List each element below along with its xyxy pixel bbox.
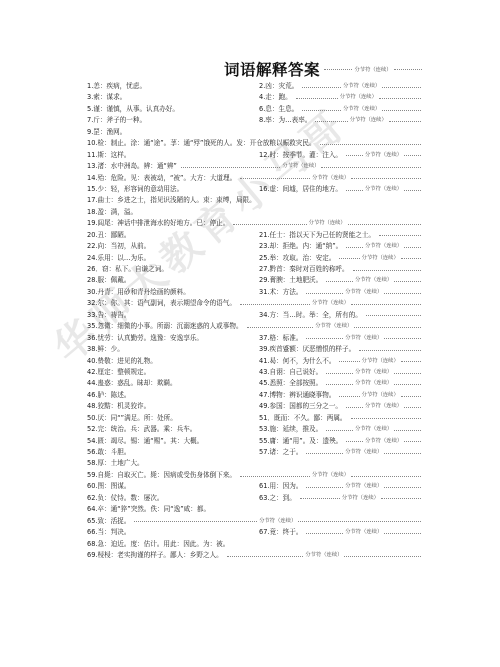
answer-row: 30.丹青：用砂和青丹绘画的颜料。31.术：方法。分节符（连续） [87,287,421,298]
title-row: 词语解释答案 分节符（连续） [82,58,422,80]
section-break-dots-left [346,441,363,442]
answer-text: 31.术：方法。 [259,287,302,298]
section-break: 分节符（连续） [326,425,421,435]
section-break-dots-left [233,224,306,225]
section-break [320,139,421,149]
answer-entry: 67.竟：终于。分节符（连续） [259,527,421,538]
answer-text: 44.蛊惑：惑乱。昧却：欺瞒。 [87,378,177,389]
answer-entry: 54.匮：竭尽。锡：通“赐”。其：大概。 [87,436,259,447]
answer-text: 64.卒：通“猝”突然。佚：同“逸”咸：都。 [87,504,210,515]
answer-row: 15.少：轻，形容词的意动用法。16.虚：间墟，居住的地方。分节符（连续） [87,184,421,195]
answer-row: 3.索：谋求。4.走：跑。分节符（连续） [87,92,421,103]
section-break-label: 分节符（连续） [313,321,354,332]
section-break-dots-right [394,281,421,282]
document-page: 华师大教育小马哥 词语解释答案 分节符（连续） 1.恙：疾病，忧虑。2.凶：灾荒… [0,0,500,667]
answer-text: 29.膏腴：土地肥沃。 [259,275,322,286]
answer-row: 50.厌：同“”满足。所：处所。51．既而：不久。鄙：两属。 [87,413,421,424]
section-break: 分节符（连续） [134,516,421,526]
answer-text: 52.完：统治。兵：武器。乘：兵车。 [87,424,196,435]
answer-text: 51．既而：不久。鄙：两属。 [259,413,347,424]
answer-entry: 22.向：当初，从前。 [87,241,259,252]
answer-row: 42.厘定：整顿规定。43.自诩：自己说好。分节符（连续） [87,367,421,378]
answer-row: 62.负：仗恃。数：屡次。63.之：到。分节符（连续） [87,493,421,504]
answer-row: 35.忽微：细微的小事。所溺：沉溺迷惑的人或事物。分节符（连续） [87,321,421,332]
section-break-label: 分节符（连续） [338,92,379,103]
section-break-dots-left [351,418,421,419]
answer-entry: 56.敢：斗胆。 [87,447,259,458]
section-break-dots-left [302,110,341,111]
section-break-label: 分节符（连续） [363,184,404,195]
section-break-dots-right [351,476,421,477]
answer-entry: 41.曷：何不，为什么不。分节符（连续） [259,356,421,367]
answer-text: 21.任士：指以天下为己任的贤能之士。 [259,230,375,241]
answer-text: 40.贽敬：进见的礼物。 [87,356,157,367]
answer-text: 10.检：制止。涂：通“途”。莩：通“殍”饿死的人。发：开仓放粮以赈救灾民。 [87,138,316,149]
section-break-label: 分节符（连续） [343,333,384,344]
answer-entry: 53.施：延续，推及。分节符（连续） [259,424,421,435]
answer-text: 46.胪：陈述。 [87,390,130,401]
answer-text: 66.当：判决。 [87,527,130,538]
answer-entry: 25.举：攻取。治：安定。分节符（连续） [259,253,421,264]
section-break-label: 分节符（连续） [341,104,382,115]
section-break-dots-left [379,235,421,236]
answer-entry: 55.庸：通“用”。及：遗殃。分节符（连续） [259,436,421,447]
answer-row: 22.向：当初，从前。23.却：拒绝。内：通“纳”。分节符（连续） [87,241,421,252]
section-break-label: 分节符（连续） [360,390,401,401]
section-break-dots-right [404,190,421,191]
section-break-dots-left [315,121,347,122]
answer-text: 13.渚：水中洲岛。辨：通“辨” [87,161,177,172]
answer-entry: 30.丹青：用砂和青丹绘画的颜料。 [87,287,259,298]
section-break: 分节符（连续） [339,253,421,263]
answer-entry: 3.索：谋求。 [87,92,259,103]
answer-entry: 36.忧劳：认真勤劳。逸豫：安逸享乐。 [87,333,259,344]
answer-row: 10.检：制止。涂：通“途”。莩：通“殍”饿死的人。发：开仓放粮以赈救灾民。 [87,138,421,149]
section-break: 分节符（连续） [240,299,421,309]
answer-text: 20.丑：鄙陋。 [87,230,130,241]
answer-row: 66.当：判决。67.竟：终于。分节符（连续） [87,527,421,538]
answer-entry: 48.狡黠：机灵狡诈。 [87,401,259,412]
answer-entry: 45.悉照：全部按照。分节符（连续） [259,378,421,389]
section-break-label: 分节符（连续） [360,356,401,367]
answer-entry: 26．窃：私下。自谦之词。 [87,264,259,275]
answer-entry: 10.检：制止。涂：通“途”。莩：通“殍”饿死的人。发：开仓放粮以赈救灾民。 [87,138,421,149]
answer-row: 17.曲士：乡进之士，指见识浅陋的人。束：束缚，局限。 [87,195,421,206]
answer-entry: 17.曲士：乡进之士，指见识浅陋的人。束：束缚，局限。 [87,195,421,206]
answer-text: 14.殆：危险。见：表被动，“被”。大方：大道理。 [87,173,236,184]
answer-text: 9.罡：渔网。 [87,127,126,138]
answer-row: 11.斯：这样。12.时：按季节。灌：注入。分节符（连续） [87,150,421,161]
answer-text: 39.疾首蹙额：厌恶憎恨的样子。 [259,344,355,355]
answer-row: 56.敢：斗胆。57.诸：之于。分节符（连续） [87,447,421,458]
section-break-dots-left [181,167,281,168]
section-break-dots-left [306,487,343,488]
section-break: 分节符（连续） [339,356,421,366]
answer-text: 60.图：图谋。 [87,481,130,492]
answer-text: 5.谨：谨慎，从事。认真办好。 [87,104,179,115]
section-break-dots-right [404,155,421,156]
page-title: 词语解释答案 [224,58,320,80]
section-break-label: 分节符（连续） [310,470,351,481]
section-break-dots-left [326,384,353,385]
section-break: 分节符（连续） [306,482,421,492]
answer-text: 43.自诩：自己说好。 [259,367,322,378]
section-break-dots-right [394,430,421,431]
answer-row: 54.匮：竭尽。锡：通“赐”。其：大概。55.庸：通“用”。及：遗殃。分节符（连… [87,436,421,447]
answer-text: 27.黔首：秦时对百姓的称呼。 [259,264,349,275]
section-break [379,230,421,240]
section-break: 分节符（连续） [302,105,421,115]
section-break-dots-right [298,521,421,522]
answer-text: 2.凶：灾荒。 [259,81,298,92]
answer-entry: 1.恙：疾病，忧虑。 [87,81,259,92]
answer-text: 6.息：生息。 [259,104,298,115]
section-break-dots-right [401,258,421,259]
section-break-dots-right [348,224,421,225]
answer-entry: 69.梫梫：老实拘谨的样子。鄙人：乡野之人。分节符（连续） [87,550,421,561]
section-break-dots-right [382,110,421,111]
section-break-label: 分节符（连续） [363,150,404,161]
answer-entry: 11.斯：这样。 [87,150,259,161]
answer-entry: 51．既而：不久。鄙：两属。 [259,413,421,424]
section-break: 分节符（连续） [306,528,421,538]
answer-entry: 46.胪：陈述。 [87,390,259,401]
section-break-dots-left [346,190,363,191]
answer-entry: 20.丑：鄙陋。 [87,230,259,241]
section-break: 分节符（连续） [233,219,421,229]
section-break: 分节符（连续） [315,116,421,126]
section-break-dots-left [296,98,338,99]
section-break-dots-left [339,396,359,397]
answer-text: 50.厌：同“”满足。所：处所。 [87,413,177,424]
section-break-label: 分节符（连续） [310,298,351,309]
answer-row: 14.殆：危险。见：表被动，“被”。大方：大道理。分节符（连续） [87,173,421,184]
answer-text: 26．窃：私下。自谦之词。 [87,264,168,275]
answer-entry: 15.少：轻，形容词的意动用法。 [87,184,259,195]
answer-text: 11.斯：这样。 [87,150,130,161]
section-break-label: 分节符（连续） [343,527,384,538]
section-break: 分节符（连续） [346,402,421,412]
answer-text: 55.庸：通“用”。及：遗殃。 [259,436,342,447]
section-break: 分节符（连续） [346,436,421,446]
section-break-dots-right [401,396,421,397]
section-break-label: 分节符（连续） [343,481,384,492]
answer-text: 59.自毙：自取灭亡。毙：因病或受伤身体倒下来。 [87,470,236,481]
section-break-label: 分节符（连续） [303,550,344,561]
answer-text: 58.厚：土地广大。 [87,458,144,469]
answer-row: 19.闾尾：神话中排泄海水的好地方。已：停止。分节符（连续） [87,218,421,229]
answer-entry: 52.完：统治。兵：武器。乘：兵车。 [87,424,259,435]
section-break-label: 分节符（连续） [343,287,384,298]
section-break-dots-left [306,338,343,339]
answer-row: 60.图：图谋。61.用：因为。分节符（连续） [87,481,421,492]
answer-text: 38.鲜：少。 [87,344,124,355]
answer-text: 63.之：到。 [259,493,296,504]
answer-entry: 68.急：迫近。度：估计。用此：因此。为：被。 [87,539,421,550]
section-break-label: 分节符（连续） [360,253,401,264]
section-break-dots-right [384,338,421,339]
answer-text: 24.乐用：以…为乐。 [87,253,150,264]
answer-entry: 27.黔首：秦时对百姓的称呼。 [259,264,421,275]
answer-text: 49.参国：国都的三分之一。 [259,401,342,412]
answer-row: 36.忧劳：认真勤劳。逸豫：安逸享乐。37.格：标准。分节符（连续） [87,333,421,344]
section-break: 分节符（连续） [181,162,421,172]
section-break [359,345,421,355]
answer-row: 58.厚：土地广大。 [87,458,421,469]
section-break-dots-left [353,270,421,271]
answer-text: 22.向：当初，从前。 [87,241,150,252]
section-break: 分节符（连续） [326,368,421,378]
section-break-dots-left [227,556,304,557]
answer-entry: 19.闾尾：神话中排泄海水的好地方。已：停止。分节符（连续） [87,218,421,229]
answer-text: 37.格：标准。 [259,333,302,344]
answer-row: 69.梫梫：老实拘谨的样子。鄙人：乡野之人。分节符（连续） [87,550,421,561]
answer-row: 59.自毙：自取灭亡。毙：因病或受伤身体倒下来。分节符（连续） [87,470,421,481]
answer-text: 12.时：按季节。灌：注入。 [259,150,342,161]
section-break-dots-left [300,498,340,499]
section-break [353,265,421,275]
answer-text: 7.斤：斧子的一种。 [87,115,146,126]
answer-text: 18.盈：满，溢。 [87,207,137,218]
section-break-label: 分节符（连续） [310,173,351,184]
section-break-dots-left [320,144,421,145]
section-break: 分节符（连续） [300,493,421,503]
answer-entry: 5.谨：谨慎，从事。认真办好。 [87,104,259,115]
section-break-dots-left [326,373,353,374]
section-break-dots-left [359,350,421,351]
answer-entry: 47.博物：辨识通晓事物。分节符（连续） [259,390,421,401]
section-break-dots-right [401,361,421,362]
section-break-dots-left [240,304,310,305]
section-break: 分节符（连续） [306,333,421,343]
section-break-dots-left [240,476,310,477]
section-break-dots-right [351,304,421,305]
section-break-dots-left [346,155,363,156]
answer-row: 28.服：佩戴。29.膏腴：土地肥沃。分节符（连续） [87,275,421,286]
answer-entry: 38.鲜：少。 [87,344,259,355]
section-break-label: 分节符（连续） [341,81,382,92]
answer-text: 48.狡黠：机灵狡诈。 [87,401,150,412]
section-break-dots-right [389,121,421,122]
section-break: 分节符（连续） [346,242,421,252]
section-break-dots-right [351,178,421,179]
answer-entry: 44.蛊惑：惑乱。昧却：欺瞒。 [87,378,259,389]
section-break-dots-left [366,315,421,316]
answer-entry: 34.方：当…时。举：全，所有的。 [259,310,421,321]
answer-entry: 31.术：方法。分节符（连续） [259,287,421,298]
answer-entry: 57.诸：之于。分节符（连续） [259,447,421,458]
section-break: 分节符（连续） [296,93,421,103]
answer-row: 46.胪：陈述。47.博物：辨识通晓事物。分节符（连续） [87,390,421,401]
section-break: 分节符（连续） [346,150,421,160]
section-break-dots-right [354,327,421,328]
answer-text: 25.举：攻取。治：安定。 [259,253,335,264]
answer-text: 30.丹青：用砂和青丹绘画的颜料。 [87,287,190,298]
answer-text: 8.率：为…表率。 [259,115,311,126]
answer-text: 42.厘定：整顿规定。 [87,367,150,378]
answer-entry: 50.厌：同“”满足。所：处所。 [87,413,259,424]
answer-row: 18.盈：满，溢。 [87,207,421,218]
answer-text: 62.负：仗恃。数：屡次。 [87,493,163,504]
answer-text: 53.施：延续，推及。 [259,424,322,435]
answer-row: 48.狡黠：机灵狡诈。49.参国：国都的三分之一。分节符（连续） [87,401,421,412]
answer-row: 9.罡：渔网。 [87,127,421,138]
answer-entry: 37.格：标准。分节符（连续） [259,333,421,344]
section-break-dots-right [404,247,421,248]
section-break-dots-left [326,430,353,431]
answer-text: 17.曲士：乡进之士，指见识浅陋的人。束：束缚，局限。 [87,195,256,206]
answer-entry: 24.乐用：以…为乐。 [87,253,259,264]
section-break: 分节符（连续） [302,82,421,92]
section-break: 分节符（连续） [346,185,421,195]
section-break-dots-left [346,247,363,248]
answer-text: 68.急：迫近。度：估计。用此：因此。为：被。 [87,539,229,550]
answer-text: 47.博物：辨识通晓事物。 [259,390,335,401]
answer-entry: 40.贽敬：进见的礼物。 [87,356,259,367]
section-break: 分节符（连续） [247,322,421,332]
section-break-label: 分节符（连续） [343,447,384,458]
answer-entry: 33.告：祷告。 [87,310,259,321]
section-break [351,413,421,423]
answer-entry: 58.厚：土地广大。 [87,458,421,469]
answer-text: 54.匮：竭尽。锡：通“赐”。其：大概。 [87,436,203,447]
answer-text: 23.却：拒绝。内：通“纳”。 [259,241,342,252]
section-break-dots-right [382,87,421,88]
answer-entry: 2.凶：灾荒。分节符（连续） [259,81,421,92]
section-break-dots-left [326,281,353,282]
section-break: 分节符（连续） [326,276,421,286]
answer-entry: 35.忽微：细微的小事。所溺：沉溺迷惑的人或事物。分节符（连续） [87,321,421,332]
section-break-label: 分节符（连续） [353,424,394,435]
section-break-label: 分节符（连续） [348,115,389,126]
section-break-dots-right [381,498,421,499]
answer-entry: 61.用：因为。分节符（连续） [259,481,421,492]
section-break-dots-right [344,556,421,557]
answer-text: 65.致：活捉。 [87,516,130,527]
section-break-dots-left [306,533,343,534]
section-break-dots-right [379,98,421,99]
answer-row: 33.告：祷告。34.方：当…时。举：全，所有的。 [87,310,421,321]
section-break-dots-left [306,453,343,454]
answer-row: 44.蛊惑：惑乱。昧却：欺瞒。45.悉照：全部按照。分节符（连续） [87,378,421,389]
answer-entry: 16.虚：间墟，居住的地方。分节符（连续） [259,184,421,195]
section-break-label: 分节符（连续） [363,436,404,447]
answer-entry: 12.时：按季节。灌：注入。分节符（连续） [259,150,421,161]
answer-entry: 29.膏腴：土地肥沃。分节符（连续） [259,275,421,286]
section-break-dots-right [321,167,421,168]
answer-entry: 42.厘定：整顿规定。 [87,367,259,378]
answer-row: 65.致：活捉。分节符（连续） [87,516,421,527]
section-break-label: 分节符（连续） [257,516,298,527]
answer-row: 1.恙：疾病，忧虑。2.凶：灾荒。分节符（连续） [87,81,421,92]
answer-entry: 49.参国：国都的三分之一。分节符（连续） [259,401,421,412]
answer-entry: 39.疾首蹙额：厌恶憎恨的样子。 [259,344,421,355]
section-break: 分节符（连续） [339,391,421,401]
answer-entry: 6.息：生息。分节符（连续） [259,104,421,115]
answer-entry: 43.自诩：自己说好。分节符（连续） [259,367,421,378]
answer-text: 56.敢：斗胆。 [87,447,130,458]
section-break-dots-right [394,373,421,374]
answer-entry: 62.负：仗恃。数：屡次。 [87,493,259,504]
answer-entry: 28.服：佩戴。 [87,275,259,286]
section-break-dots-left [324,69,352,70]
answer-row: 7.斤：斧子的一种。8.率：为…表率。分节符（连续） [87,115,421,126]
answer-entry: 4.走：跑。分节符（连续） [259,92,421,103]
section-break-dots-left [302,87,341,88]
answer-entry: 32.尔：你。其：语气副词，表示期望命令的语气。分节符（连续） [87,298,421,309]
section-break-label: 分节符（连续） [353,378,394,389]
section-break-dots-left [346,407,363,408]
section-break-dots-right [394,384,421,385]
answer-entry: 66.当：判决。 [87,527,259,538]
answer-text: 32.尔：你。其：语气副词，表示期望命令的语气。 [87,298,236,309]
section-break: 分节符（连续） [306,448,421,458]
section-break-label: 分节符（连续） [307,218,348,229]
section-break-dots-left [240,178,310,179]
answer-entry: 64.卒：通“猝”突然。佚：同“逸”咸：都。 [87,504,421,515]
answer-row: 52.完：统治。兵：武器。乘：兵车。53.施：延续，推及。分节符（连续） [87,424,421,435]
answer-text: 19.闾尾：神话中排泄海水的好地方。已：停止。 [87,218,229,229]
section-break-dots-right [384,293,421,294]
answer-entry: 21.任士：指以天下为己任的贤能之士。 [259,230,421,241]
answer-row: 40.贽敬：进见的礼物。41.曷：何不，为什么不。分节符（连续） [87,356,421,367]
section-break: 分节符（连续） [227,551,421,561]
answer-entry: 23.却：拒绝。内：通“纳”。分节符（连续） [259,241,421,252]
answer-row: 68.急：迫近。度：估计。用此：因此。为：被。 [87,539,421,550]
answer-row: 13.渚：水中洲岛。辨：通“辨”分节符（连续） [87,161,421,172]
answer-text: 45.悉照：全部按照。 [259,378,322,389]
section-break-dots-right [384,487,421,488]
section-break-dots-right [404,407,421,408]
section-break-dots-left [247,327,314,328]
answer-row: 26．窃：私下。自谦之词。27.黔首：秦时对百姓的称呼。 [87,264,421,275]
section-break: 分节符（连续） [324,64,422,74]
answer-text: 61.用：因为。 [259,481,302,492]
section-break-dots-right [404,441,421,442]
section-break-dots-left [306,293,343,294]
answer-text: 41.曷：何不，为什么不。 [259,356,335,367]
answer-entry: 63.之：到。分节符（连续） [259,493,421,504]
section-break: 分节符（连续） [240,173,421,183]
answer-text: 67.竟：终于。 [259,527,302,538]
answer-row: 64.卒：通“猝”突然。佚：同“逸”咸：都。 [87,504,421,515]
section-break: 分节符（连续） [306,288,421,298]
answer-entry: 60.图：图谋。 [87,481,259,492]
section-break-dots-left [339,361,359,362]
answer-text: 1.恙：疾病，忧虑。 [87,81,146,92]
section-break-dots-left [339,258,359,259]
answer-text: 28.服：佩戴。 [87,275,130,286]
section-break-label: 分节符（连续） [353,275,394,286]
section-break-dots-right [384,533,421,534]
answer-entry: 65.致：活捉。分节符（连续） [87,516,421,527]
answer-entry: 14.殆：危险。见：表被动，“被”。大方：大道理。分节符（连续） [87,173,421,184]
answer-text: 69.梫梫：老实拘谨的样子。鄙人：乡野之人。 [87,550,223,561]
answer-text: 36.忧劳：认真勤劳。逸豫：安逸享乐。 [87,333,203,344]
answer-row: 5.谨：谨慎，从事。认真办好。6.息：生息。分节符（连续） [87,104,421,115]
answer-entry: 8.率：为…表率。分节符（连续） [259,115,421,126]
answer-text: 35.忽微：细微的小事。所溺：沉溺迷惑的人或事物。 [87,321,243,332]
section-break: 分节符（连续） [240,471,421,481]
section-break: 分节符（连续） [326,379,421,389]
answer-row: 32.尔：你。其：语气副词，表示期望命令的语气。分节符（连续） [87,298,421,309]
answer-text: 34.方：当…时。举：全，所有的。 [259,310,362,321]
answer-text: 16.虚：间墟，居住的地方。 [259,184,342,195]
section-break-label: 分节符（连续） [280,161,321,172]
answer-list: 1.恙：疾病，忧虑。2.凶：灾荒。分节符（连续）3.索：谋求。4.走：跑。分节符… [87,81,421,561]
answer-entry: 9.罡：渔网。 [87,127,421,138]
section-break-label: 分节符（连续） [363,241,404,252]
